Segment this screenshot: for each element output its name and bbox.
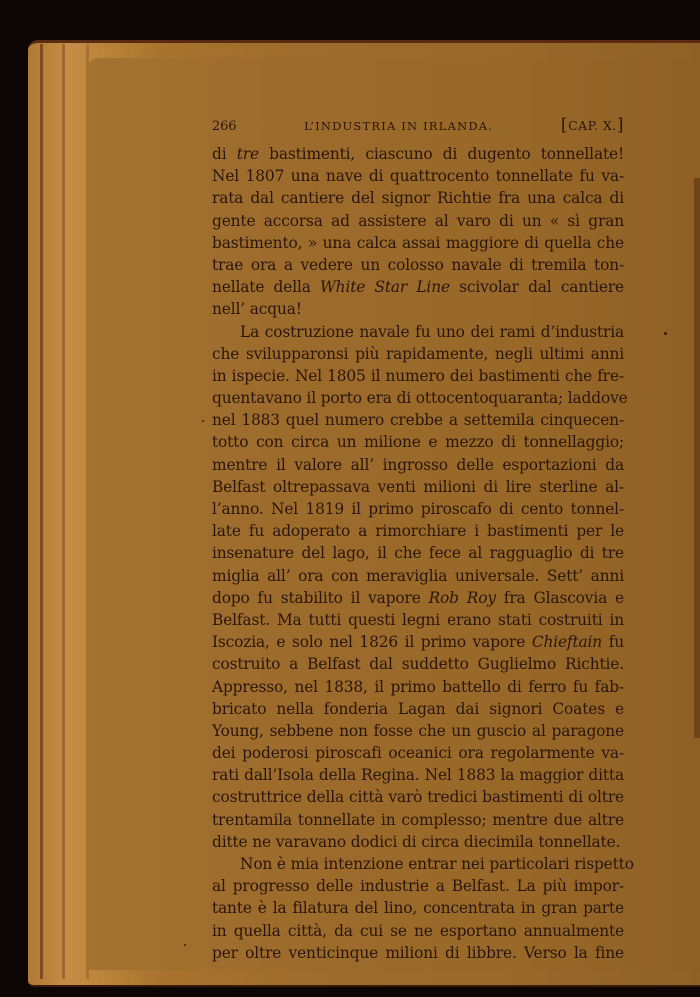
ink-speck (664, 332, 667, 335)
text-line: Iscozia, e solo nel 1826 il primo vapore… (212, 631, 624, 653)
text-line: Non è mia intenzione entrar nei particol… (212, 853, 624, 875)
right-page-edge (694, 178, 700, 738)
text-line: insenature del lago, il che fece al ragg… (212, 542, 624, 564)
italic-title: Rob Roy (429, 589, 496, 607)
text-line: costruito a Belfast dal suddetto Gugliel… (212, 653, 624, 675)
text-line: La costruzione navale fu uno dei rami d’… (212, 321, 624, 343)
text-line: di tre bastimenti, ciascuno di dugento t… (212, 143, 624, 165)
text-line: Young, sebbene non fosse che un guscio a… (212, 720, 624, 742)
page-stack-edge (40, 44, 43, 979)
body-text: di tre bastimenti, ciascuno di dugento t… (212, 143, 624, 964)
text-line: rata dal cantiere del signor Richtie fra… (212, 187, 624, 209)
text-line: al progresso delle industrie a Belfast. … (212, 875, 624, 897)
text-line: nellate della White Star Line scivolar d… (212, 276, 624, 298)
paragraph: Non è mia intenzione entrar nei particol… (212, 853, 624, 964)
chapter-label: [CAP. X.] (561, 115, 624, 135)
text-line: late fu adoperato a rimorchiare i bastim… (212, 520, 624, 542)
text-line: in quella città, da cui se ne esportano … (212, 920, 624, 942)
page-number: 266 (212, 119, 236, 134)
running-head: 266 L’INDUSTRIA IN IRLANDA. [CAP. X.] (212, 115, 624, 139)
text-line: l’anno. Nel 1819 il primo piroscafo di c… (212, 498, 624, 520)
ink-speck (184, 944, 186, 946)
text-line: miglia all’ ora con meraviglia universal… (212, 565, 624, 587)
text-line: nell’ acqua! (212, 298, 624, 320)
text-line: dei poderosi piroscafi oceanici ora rego… (212, 742, 624, 764)
scanned-book-page: 266 L’INDUSTRIA IN IRLANDA. [CAP. X.] di… (0, 0, 700, 997)
text-line: Nel 1807 una nave di quattrocento tonnel… (212, 165, 624, 187)
ink-speck (202, 420, 204, 422)
text-line: tante è la filatura del lino, concentrat… (212, 897, 624, 919)
page-stack-edge (62, 44, 65, 979)
text-line: per oltre venticinque milioni di libbre.… (212, 942, 624, 964)
text-line: che svilupparonsi più rapidamente, negli… (212, 343, 624, 365)
text-line: dopo fu stabilito il vapore Rob Roy fra … (212, 587, 624, 609)
paragraph: di tre bastimenti, ciascuno di dugento t… (212, 143, 624, 321)
text-line: trentamila tonnellate in complesso; ment… (212, 809, 624, 831)
italic-title: Chieftain (532, 633, 602, 651)
text-line: quentavano il porto era di ottocentoquar… (212, 387, 624, 409)
text-line: totto con circa un milione e mezzo di to… (212, 431, 624, 453)
italic-title: White Star Line (320, 278, 450, 296)
paragraph: La costruzione navale fu uno dei rami d’… (212, 321, 624, 854)
running-title: L’INDUSTRIA IN IRLANDA. (304, 119, 493, 133)
italic-title: tre (237, 145, 259, 163)
text-line: Belfast. Ma tutti questi legni erano sta… (212, 609, 624, 631)
text-line: trae ora a vedere un colosso navale di t… (212, 254, 624, 276)
text-line: gente accorsa ad assistere al varo di un… (212, 210, 624, 232)
text-line: nel 1883 quel numero crebbe a settemila … (212, 409, 624, 431)
text-line: bastimento, » una calca assai maggiore d… (212, 232, 624, 254)
text-line: mentre il valore all’ ingrosso delle esp… (212, 454, 624, 476)
text-line: in ispecie. Nel 1805 il numero dei basti… (212, 365, 624, 387)
text-block: 266 L’INDUSTRIA IN IRLANDA. [CAP. X.] di… (212, 115, 624, 964)
text-line: bricato nella fonderia Lagan dai signori… (212, 698, 624, 720)
text-line: Belfast oltrepassava venti milioni di li… (212, 476, 624, 498)
text-line: costruttrice della città varò tredici ba… (212, 786, 624, 808)
text-line: rati dall’Isola della Regina. Nel 1883 l… (212, 764, 624, 786)
text-line: Appresso, nel 1838, il primo battello di… (212, 676, 624, 698)
text-line: ditte ne varavano dodici di circa diecim… (212, 831, 624, 853)
